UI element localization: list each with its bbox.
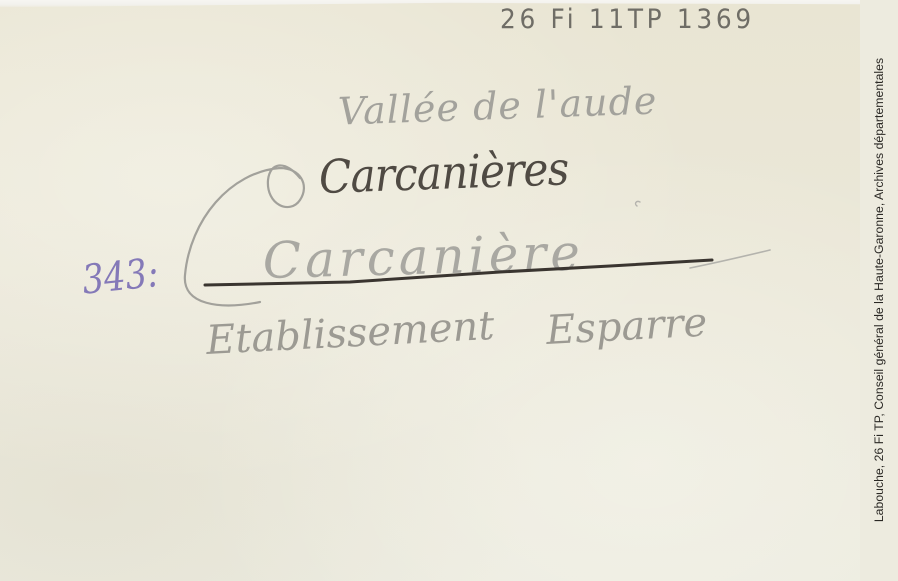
corrected-place-name: Carcanières [318, 141, 569, 204]
establishment-owner: Esparre [545, 300, 708, 354]
struck-place-name: Carcanière [262, 224, 584, 290]
archival-photo-verso: 26 Fi 11TP 1369 Vallée de l'aude Carcani… [0, 0, 898, 581]
item-number: 343: [80, 250, 161, 304]
catalog-number: 26 Fi 11TP 1369 [500, 4, 755, 35]
archive-credit-line: Labouche, 26 Fi TP, Conseil général de l… [872, 58, 886, 522]
